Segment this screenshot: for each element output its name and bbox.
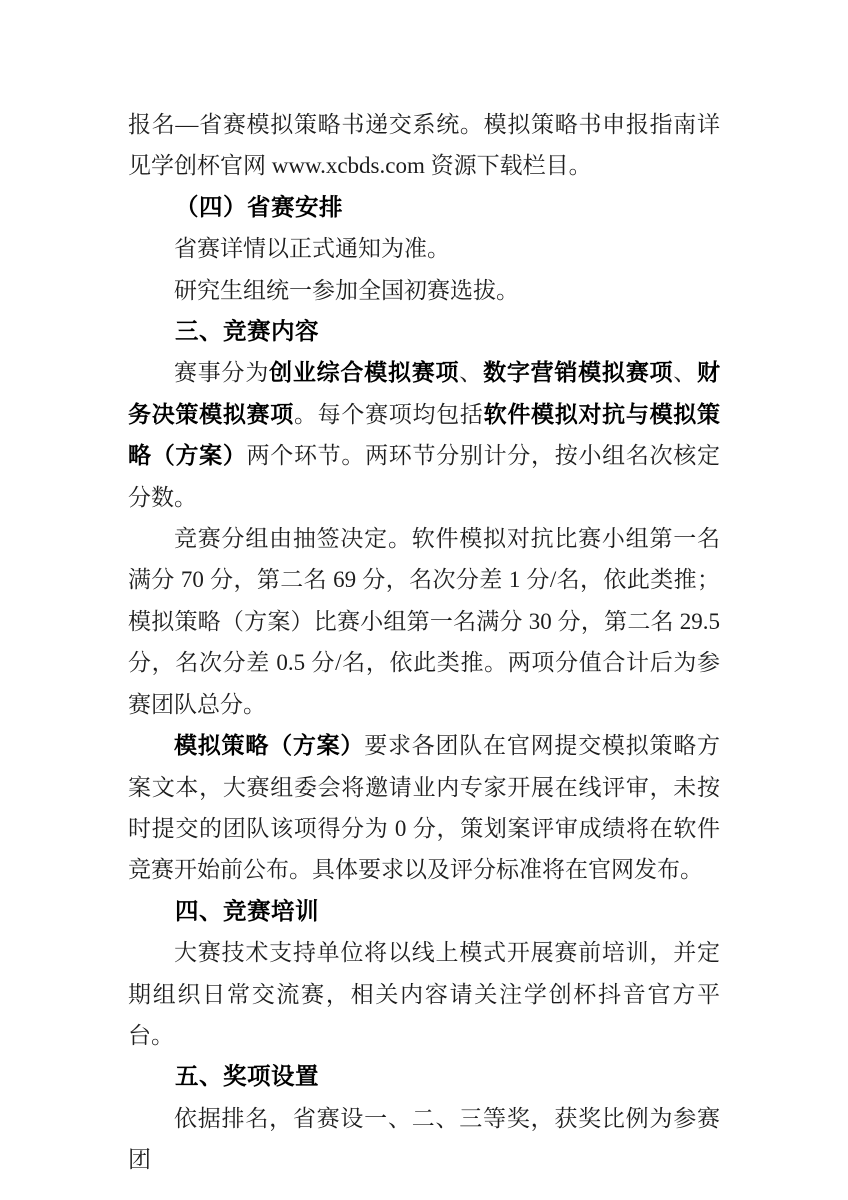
paragraph-scoring: 竞赛分组由抽签决定。软件模拟对抗比赛小组第一名满分 70 分，第二名 69 分，… [128,518,720,725]
document-page: 报名—省赛模拟策略书递交系统。模拟策略书申报指南详见学创杯官网 www.xcbd… [0,0,848,1200]
paragraph-awards: 依据排名，省赛设一、二、三等奖，获奖比例为参赛团 [128,1098,720,1181]
heading-provincial-arrangement: （四）省赛安排 [128,187,720,228]
paragraph-training: 大赛技术支持单位将以线上模式开展赛前培训，并定期组织日常交流赛，相关内容请关注学… [128,932,720,1056]
heading-award-setup: 五、奖项设置 [128,1056,720,1097]
paragraph-notice: 省赛详情以正式通知为准。 [128,228,720,269]
paragraph-continuation: 报名—省赛模拟策略书递交系统。模拟策略书申报指南详见学创杯官网 www.xcbd… [128,104,720,187]
text-run: 、 [459,360,483,385]
heading-competition-content: 三、竞赛内容 [128,311,720,352]
paragraph-graduate-group: 研究生组统一参加全国初赛选拔。 [128,270,720,311]
paragraph-events: 赛事分为创业综合模拟赛项、数字营销模拟赛项、财务决策模拟赛项。每个赛项均包括软件… [128,352,720,518]
official-site-url: www.xcbds.com [272,153,425,178]
text-run-bold: 模拟策略（方案） [174,732,364,758]
text-run: 、 [673,360,697,385]
heading-competition-training: 四、竞赛培训 [128,891,720,932]
text-run: 赛事分为 [174,360,269,385]
text-run: 资源下载栏目。 [425,153,592,178]
text-run-bold: 数字营销模拟赛项 [483,359,673,385]
paragraph-strategy-review: 模拟策略（方案）要求各团队在官网提交模拟策略方案文本，大赛组委会将邀请业内专家开… [128,725,720,891]
text-run-bold: 创业综合模拟赛项 [269,359,459,385]
text-run: 。每个赛项均包括 [294,402,484,427]
